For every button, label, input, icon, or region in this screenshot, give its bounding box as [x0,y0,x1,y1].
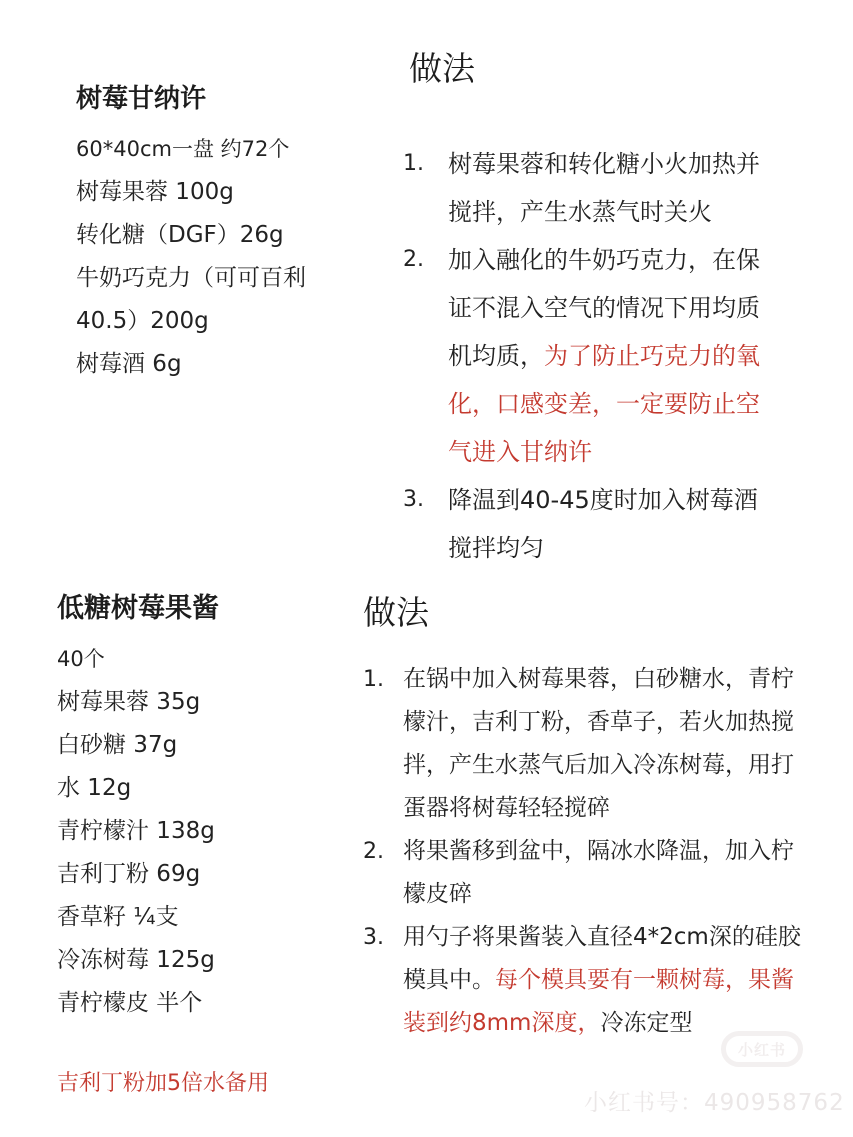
ingredient-item: 青柠檬皮 半个 [57,982,337,1025]
ingredient-item: 转化糖（DGF）26g [76,214,336,257]
xiaohongshu-logo-text: 小红书 [738,1039,786,1060]
step-text: 冷冻定型 [600,1010,692,1036]
jam-method-section: 做法 1.在锅中加入树莓果蓉，白砂糖水，青柠檬汁，吉利丁粉，香草子，若火加热搅拌… [363,594,818,1045]
jam-title: 低糖树莓果酱 [57,594,337,624]
step-item: 1.在锅中加入树莓果蓉，白砂糖水，青柠檬汁，吉利丁粉，香草子，若火加热搅拌，产生… [363,658,815,830]
ingredient-item: 冷冻树莓 125g [57,939,337,982]
ingredient-item: 牛奶巧克力（可可百利40.5）200g [76,257,336,343]
step-number: 1. [363,658,384,701]
ingredient-item: 青柠檬汁 138g [57,810,337,853]
ganache-ingredients-section: 树莓甘纳许 60*40cm一盘 约72个 树莓果蓉 100g转化糖（DGF）26… [76,84,336,386]
jam-method-title: 做法 [363,594,818,632]
step-text: 在锅中加入树莓果蓉，白砂糖水，青柠檬汁，吉利丁粉，香草子，若火加热搅拌，产生水蒸… [403,666,794,821]
step-item: 3.降温到40-45度时加入树莓酒搅拌均匀 [403,476,773,572]
ingredient-item: 树莓果蓉 100g [76,171,336,214]
jam-ingredients-section: 低糖树莓果酱 40个 树莓果蓉 35g白砂糖 37g水 12g青柠檬汁 138g… [57,594,337,1097]
recipe-page: 树莓甘纳许 60*40cm一盘 约72个 树莓果蓉 100g转化糖（DGF）26… [0,0,853,1137]
ingredient-item: 水 12g [57,767,337,810]
ganache-yield: 60*40cm一盘 约72个 [76,128,336,171]
ganache-method-title: 做法 [409,50,783,88]
step-item: 1.树莓果蓉和转化糖小火加热并搅拌，产生水蒸气时关火 [403,140,773,236]
jam-step-list: 1.在锅中加入树莓果蓉，白砂糖水，青柠檬汁，吉利丁粉，香草子，若火加热搅拌，产生… [363,658,818,1045]
ganache-step-list: 1.树莓果蓉和转化糖小火加热并搅拌，产生水蒸气时关火2.加入融化的牛奶巧克力，在… [403,140,783,572]
step-item: 2.将果酱移到盆中，隔冰水降温，加入柠檬皮碎 [363,830,815,916]
ingredient-item: 树莓果蓉 35g [57,681,337,724]
ingredient-item: 树莓酒 6g [76,343,336,386]
step-item: 2.加入融化的牛奶巧克力，在保证不混入空气的情况下用均质机均质，为了防止巧克力的… [403,236,773,476]
xiaohongshu-id: 小红书号：490958762 [584,1084,845,1117]
ganache-method-section: 做法 1.树莓果蓉和转化糖小火加热并搅拌，产生水蒸气时关火2.加入融化的牛奶巧克… [403,50,783,572]
step-text: 树莓果蓉和转化糖小火加热并搅拌，产生水蒸气时关火 [448,150,760,226]
step-number: 3. [403,476,424,524]
ganache-title: 树莓甘纳许 [76,84,336,114]
step-text: 降温到40-45度时加入树莓酒搅拌均匀 [448,486,758,562]
jam-ingredient-list: 树莓果蓉 35g白砂糖 37g水 12g青柠檬汁 138g吉利丁粉 69g香草籽… [57,681,337,1025]
ingredient-item: 吉利丁粉 69g [57,853,337,896]
step-number: 3. [363,916,384,959]
xiaohongshu-logo: 小红书 [721,1031,803,1067]
jam-yield: 40个 [57,638,337,681]
gelatin-note: 吉利丁粉加5倍水备用 [57,1070,337,1097]
step-number: 2. [403,236,424,284]
ingredient-item: 香草籽 ¼支 [57,896,337,939]
step-number: 1. [403,140,424,188]
step-number: 2. [363,830,384,873]
ingredient-item: 白砂糖 37g [57,724,337,767]
step-text: 将果酱移到盆中，隔冰水降温，加入柠檬皮碎 [403,838,794,907]
step-item: 3.用勺子将果酱装入直径4*2cm深的硅胶模具中。每个模具要有一颗树莓，果酱装到… [363,916,815,1045]
ganache-ingredient-list: 树莓果蓉 100g转化糖（DGF）26g牛奶巧克力（可可百利40.5）200g树… [76,171,336,386]
